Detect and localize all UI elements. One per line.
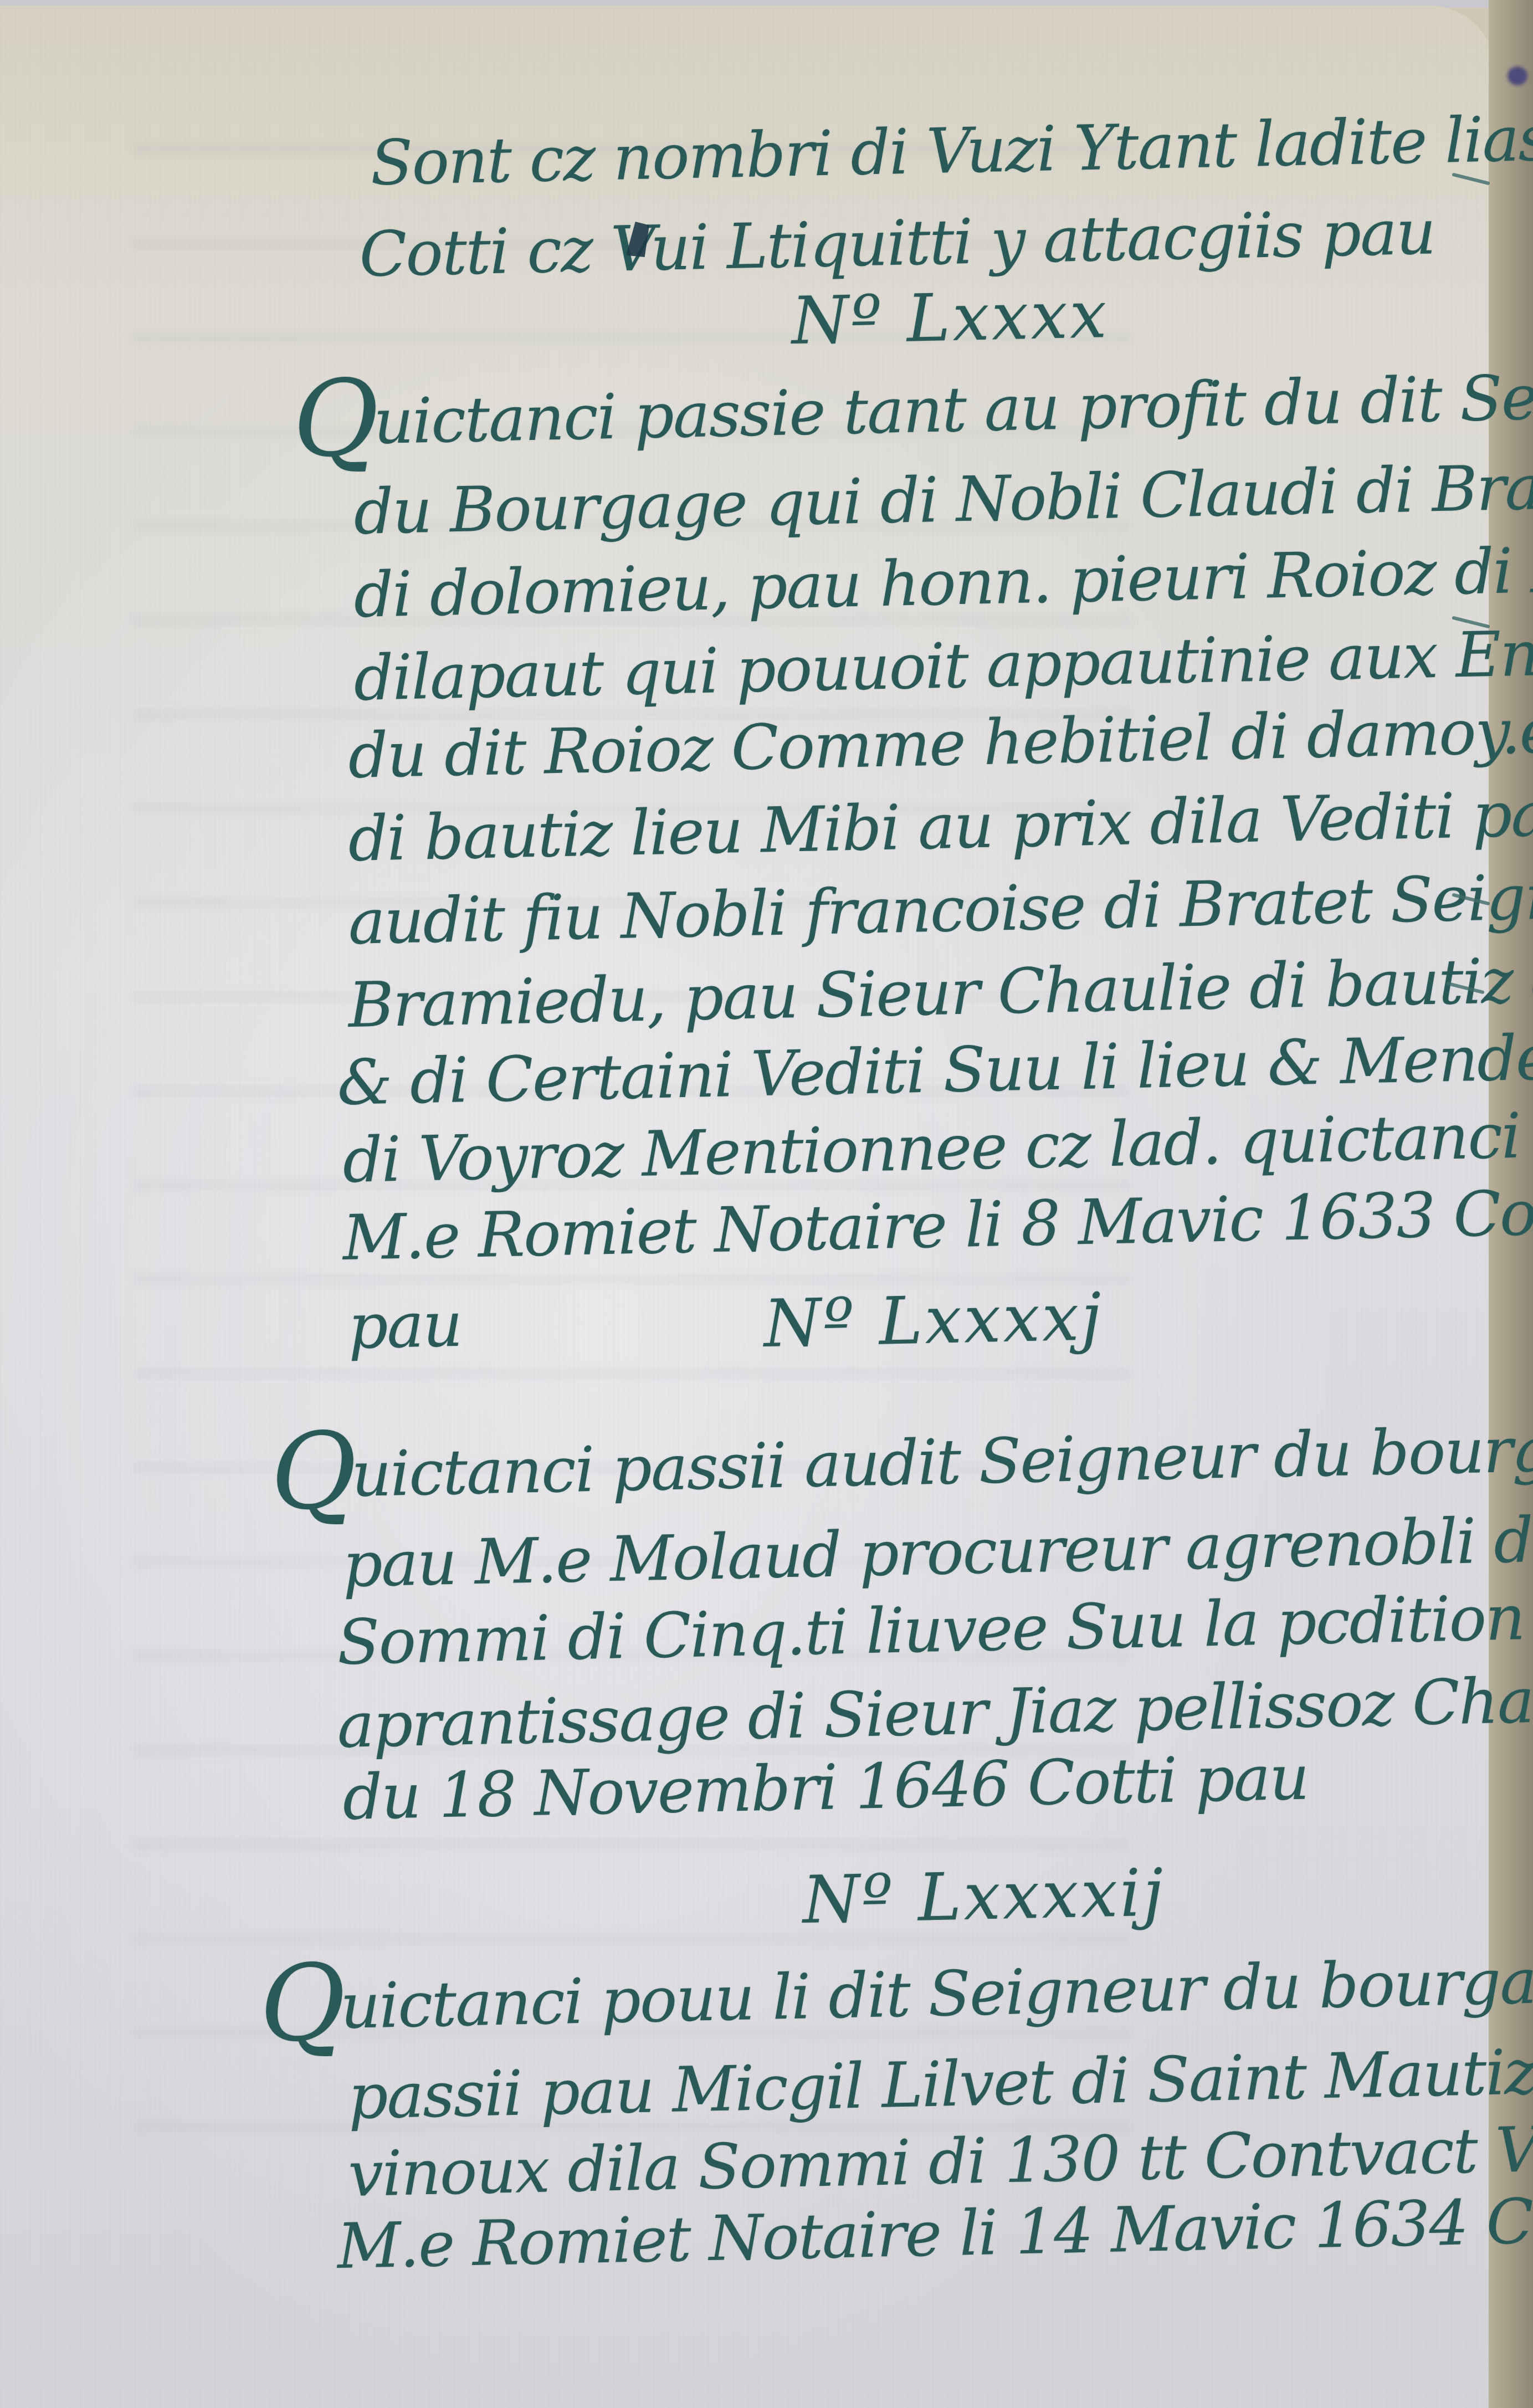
text-line: Cotti cz Vui Ltiquitti y attacgiis pau — [358, 196, 1435, 291]
text-line: uictanci pouu li dit Seigneur du bourgag… — [340, 1943, 1533, 2043]
text-line: Sont cz nombri di Vuzi Ytant ladite lias… — [370, 101, 1533, 199]
entry-first-line: Quictanci passie tant au profit du dit S… — [292, 360, 1533, 460]
entry-number-heading: Nº Lxxxx — [791, 276, 1110, 359]
text-line: di dolomieu, pau honn. pieuri Roioz di M… — [353, 530, 1533, 632]
drop-cap: Q — [269, 1410, 357, 1534]
text-line: audit fiu Nobli francoise di Bratet Seig… — [347, 857, 1533, 959]
text-line: uictanci passii audit Seigneur du bourga… — [351, 1410, 1533, 1510]
text-line: di bautiz lieu Mibi au prix dila Vediti … — [347, 776, 1533, 875]
entry-number-heading: Nº Lxxxxj — [763, 1278, 1104, 1362]
text-line: pau — [347, 1289, 462, 1363]
entry-first-line: Quictanci passii audit Seigneur du bourg… — [270, 1410, 1533, 1513]
binding-ink-mark — [1508, 66, 1527, 85]
manuscript-text: Sont cz nombri di Vuzi Ytant ladite lias… — [0, 0, 1496, 2408]
drop-cap: Q — [291, 357, 379, 481]
text-line: uictanci passie tant au profit du dit Se… — [373, 360, 1533, 458]
entry-number-heading: Nº Lxxxxij — [802, 1854, 1166, 1938]
entry-first-line: Quictanci pouu li dit Seigneur du bourga… — [259, 1943, 1533, 2045]
drop-cap: Q — [258, 1941, 346, 2066]
text-line: du Bourgage qui di Nobli Claudi di Brate… — [353, 445, 1533, 549]
